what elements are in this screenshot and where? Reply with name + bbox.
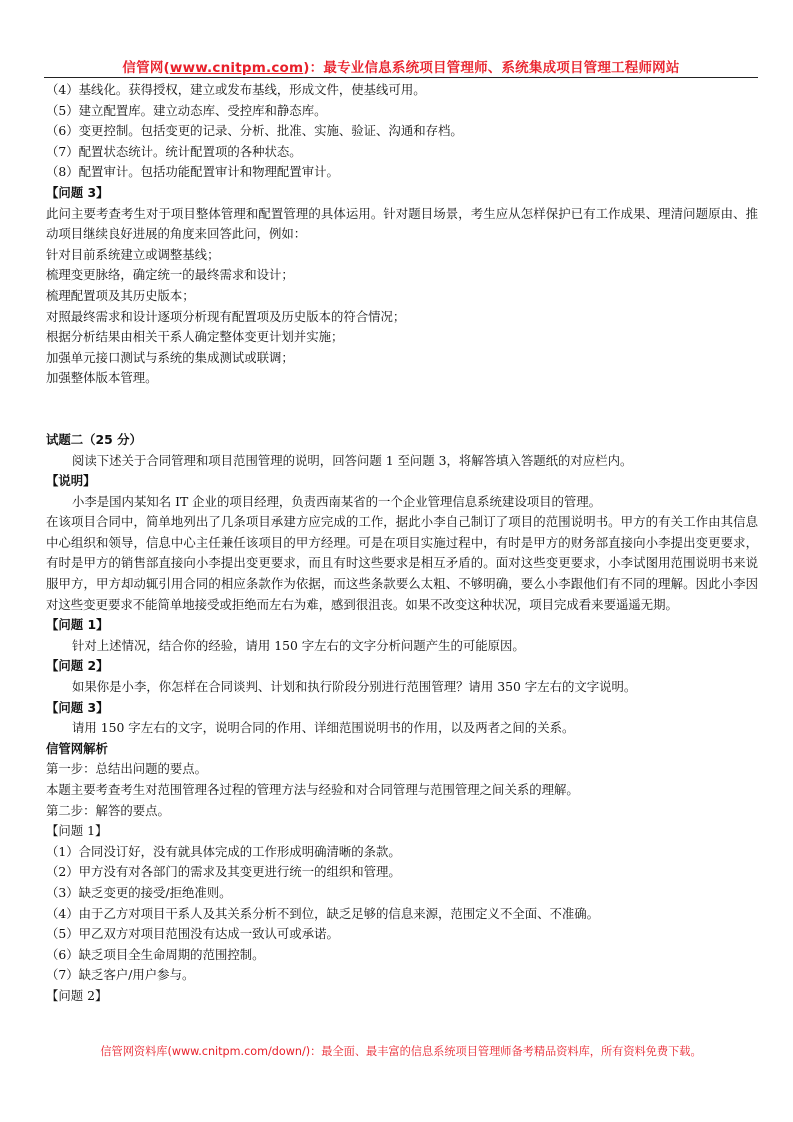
question-3-heading: 【问题 3】: [46, 698, 758, 719]
answer-item: （5）甲乙双方对项目范围没有达成一致认可或承诺。: [46, 924, 758, 945]
exam-instruction: 阅读下述关于合同管理和项目范围管理的说明，回答问题 1 至问题 3，将解答填入答…: [46, 451, 758, 472]
answer-item: （7）缺乏客户/用户参与。: [46, 965, 758, 986]
answer-point: 梳理变更脉络，确定统一的最终需求和设计；: [46, 265, 758, 286]
spacer: [46, 389, 758, 430]
header-url-link[interactable]: www.cnitpm.com: [170, 60, 303, 76]
answer-item: （2）甲方没有对各部门的需求及其变更进行统一的组织和管理。: [46, 862, 758, 883]
list-item: （6）变更控制。包括变更的记录、分析、批准、实施、验证、沟通和存档。: [46, 121, 758, 142]
question-1-text: 针对上述情况，结合你的经验，请用 150 字左右的文字分析问题产生的可能原因。: [46, 636, 758, 657]
answer-2-heading: 【问题 2】: [46, 986, 758, 1007]
exam-question-title: 试题二（25 分）: [46, 430, 758, 451]
description-body: 在该项目合同中，简单地列出了几条项目承建方应完成的工作，据此小李自己制订了项目的…: [46, 512, 758, 615]
page-header: 信管网(www.cnitpm.com)：最专业信息系统项目管理师、系统集成项目管…: [44, 56, 758, 76]
answer-item: （4）由于乙方对项目干系人及其关系分析不到位，缺乏足够的信息来源，范围定义不全面…: [46, 904, 758, 925]
header-brand: 信管网(: [122, 60, 169, 76]
list-item: （7）配置状态统计。统计配置项的各种状态。: [46, 142, 758, 163]
answer-point: 针对目前系统建立或调整基线；: [46, 245, 758, 266]
description-heading: 【说明】: [46, 471, 758, 492]
page-footer[interactable]: 信管网资料库(www.cnitpm.com/down/)：最全面、最丰富的信息系…: [44, 1043, 758, 1059]
answer-item: （6）缺乏项目全生命周期的范围控制。: [46, 945, 758, 966]
step-1-heading: 第一步：总结出问题的要点。: [46, 759, 758, 780]
answer-point: 加强单元接口测试与系统的集成测试或联调；: [46, 348, 758, 369]
question-2-text: 如果你是小李，你怎样在合同谈判、计划和执行阶段分别进行范围管理？请用 350 字…: [46, 677, 758, 698]
list-item: （4）基线化。获得授权，建立或发布基线，形成文件，使基线可用。: [46, 80, 758, 101]
question-3-intro: 此问主要考查考生对于项目整体管理和配置管理的具体运用。针对题目场景，考生应从怎样…: [46, 204, 758, 245]
analysis-title: 信管网解析: [46, 739, 758, 760]
answer-point: 对照最终需求和设计逐项分析现有配置项及历史版本的符合情况；: [46, 307, 758, 328]
answer-point: 根据分析结果由相关干系人确定整体变更计划并实施；: [46, 327, 758, 348]
question-3-text: 请用 150 字左右的文字，说明合同的作用、详细范围说明书的作用，以及两者之间的…: [46, 718, 758, 739]
header-divider: [44, 77, 758, 78]
list-item: （5）建立配置库。建立动态库、受控库和静态库。: [46, 101, 758, 122]
question-1-heading: 【问题 1】: [46, 615, 758, 636]
step-1-text: 本题主要考查考生对范围管理各过程的管理方法与经验和对合同管理与范围管理之间关系的…: [46, 780, 758, 801]
question-2-heading: 【问题 2】: [46, 656, 758, 677]
description-first-line: 小李是国内某知名 IT 企业的项目经理，负责西南某省的一个企业管理信息系统建设项…: [46, 492, 758, 513]
answer-point: 加强整体版本管理。: [46, 368, 758, 389]
answer-1-heading: 【问题 1】: [46, 821, 758, 842]
document-body: （4）基线化。获得授权，建立或发布基线，形成文件，使基线可用。 （5）建立配置库…: [46, 80, 758, 1007]
list-item: （8）配置审计。包括功能配置审计和物理配置审计。: [46, 162, 758, 183]
header-tagline: )：最专业信息系统项目管理师、系统集成项目管理工程师网站: [303, 60, 679, 76]
answer-item: （1）合同没订好，没有就具体完成的工作形成明确清晰的条款。: [46, 842, 758, 863]
question-3-heading: 【问题 3】: [46, 183, 758, 204]
answer-item: （3）缺乏变更的接受/拒绝准则。: [46, 883, 758, 904]
step-2-heading: 第二步：解答的要点。: [46, 801, 758, 822]
answer-point: 梳理配置项及其历史版本；: [46, 286, 758, 307]
